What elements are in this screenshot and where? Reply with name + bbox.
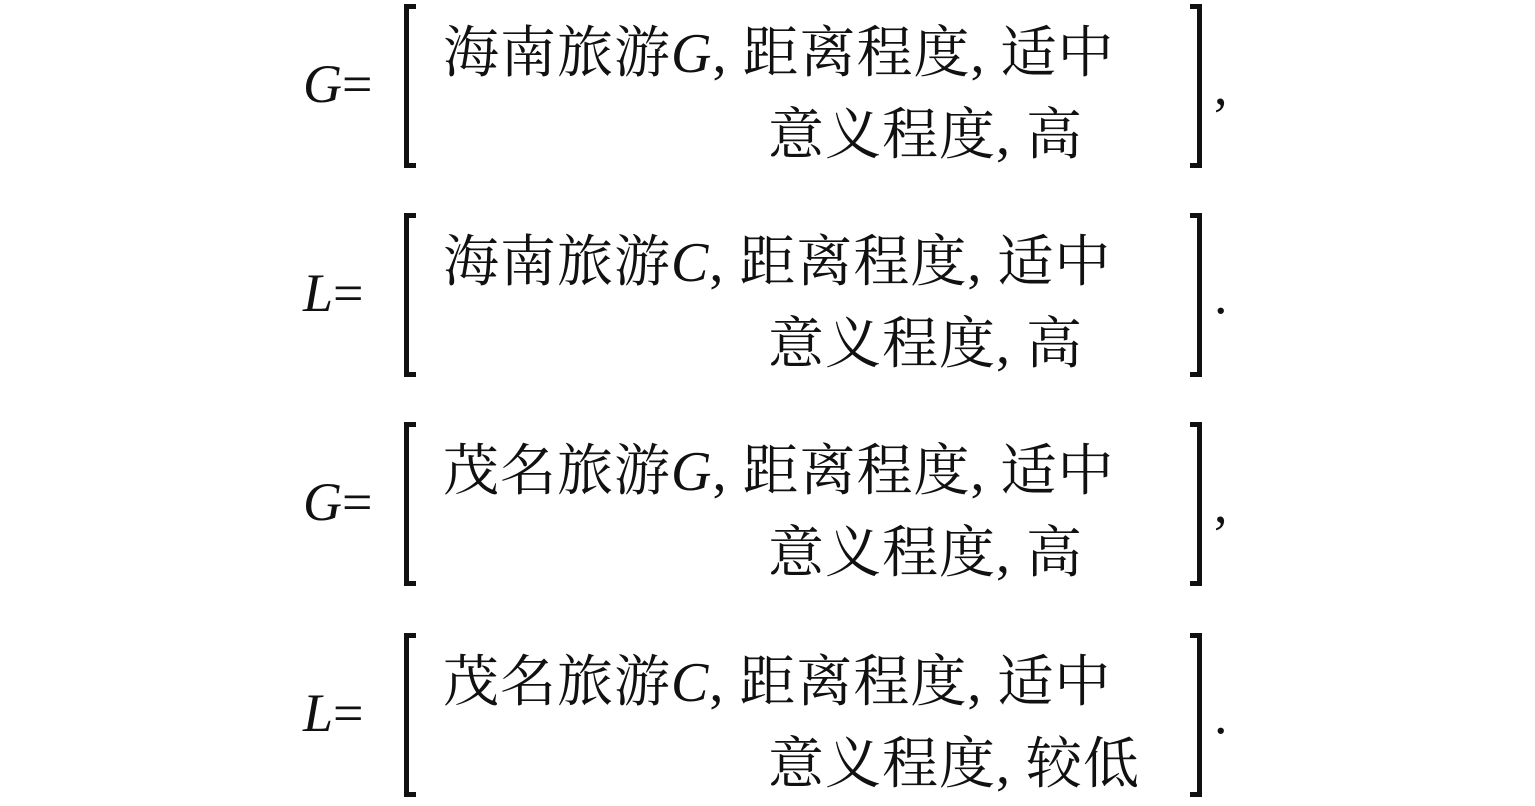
- row-variable: C: [671, 232, 709, 294]
- equation-1: G= 海南旅游G, 距离程度, 适中 意义程度, 高 ,: [0, 4, 1535, 170]
- row-text: 海南旅游: [443, 23, 671, 85]
- equals-sign: =: [333, 683, 363, 743]
- matrix-row-1: 茂名旅游C, 距离程度, 适中: [443, 651, 1111, 715]
- trailing-punctuation: .: [1214, 685, 1228, 745]
- equals-sign: =: [333, 263, 363, 323]
- matrix-row-1: 海南旅游C, 距离程度, 适中: [443, 231, 1111, 295]
- left-bracket: [404, 633, 416, 797]
- trailing-punctuation: ,: [1214, 474, 1228, 534]
- matrix-row-2: 意义程度, 高: [768, 313, 1083, 377]
- row-text: 茂名旅游: [443, 652, 671, 714]
- equation-lhs: L=: [303, 263, 364, 323]
- lhs-variable: L: [303, 263, 333, 323]
- equals-sign: =: [342, 472, 372, 532]
- left-bracket: [404, 213, 416, 377]
- matrix-row-1: 海南旅游G, 距离程度, 适中: [443, 22, 1114, 86]
- trailing-punctuation: ,: [1214, 56, 1228, 116]
- lhs-variable: G: [303, 472, 342, 532]
- row-variable: G: [671, 23, 712, 85]
- row-text: , 距离程度, 适中: [709, 652, 1111, 714]
- right-bracket: [1190, 422, 1202, 586]
- matrix-row-1: 茂名旅游G, 距离程度, 适中: [443, 440, 1114, 504]
- left-bracket: [404, 4, 416, 168]
- right-bracket: [1190, 4, 1202, 168]
- equation-3: G= 茂名旅游G, 距离程度, 适中 意义程度, 高 ,: [0, 422, 1535, 588]
- matrix-row-2: 意义程度, 高: [768, 522, 1083, 586]
- trailing-punctuation: .: [1214, 265, 1228, 325]
- matrix-row-2: 意义程度, 高: [768, 104, 1083, 168]
- equation-lhs: L=: [303, 683, 364, 743]
- row-variable: C: [671, 652, 709, 714]
- row-text: , 距离程度, 适中: [709, 232, 1111, 294]
- equation-lhs: G=: [303, 54, 372, 114]
- lhs-variable: G: [303, 54, 342, 114]
- lhs-variable: L: [303, 683, 333, 743]
- equation-2: L= 海南旅游C, 距离程度, 适中 意义程度, 高 .: [0, 213, 1535, 379]
- row-text: 海南旅游: [443, 232, 671, 294]
- right-bracket: [1190, 213, 1202, 377]
- row-variable: G: [671, 441, 712, 503]
- matrix-row-2: 意义程度, 较低: [768, 733, 1140, 797]
- right-bracket: [1190, 633, 1202, 797]
- row-text: , 距离程度, 适中: [712, 23, 1114, 85]
- equation-4: L= 茂名旅游C, 距离程度, 适中 意义程度, 较低 .: [0, 633, 1535, 799]
- left-bracket: [404, 422, 416, 586]
- equation-lhs: G=: [303, 472, 372, 532]
- row-text: , 距离程度, 适中: [712, 441, 1114, 503]
- equals-sign: =: [342, 54, 372, 114]
- row-text: 茂名旅游: [443, 441, 671, 503]
